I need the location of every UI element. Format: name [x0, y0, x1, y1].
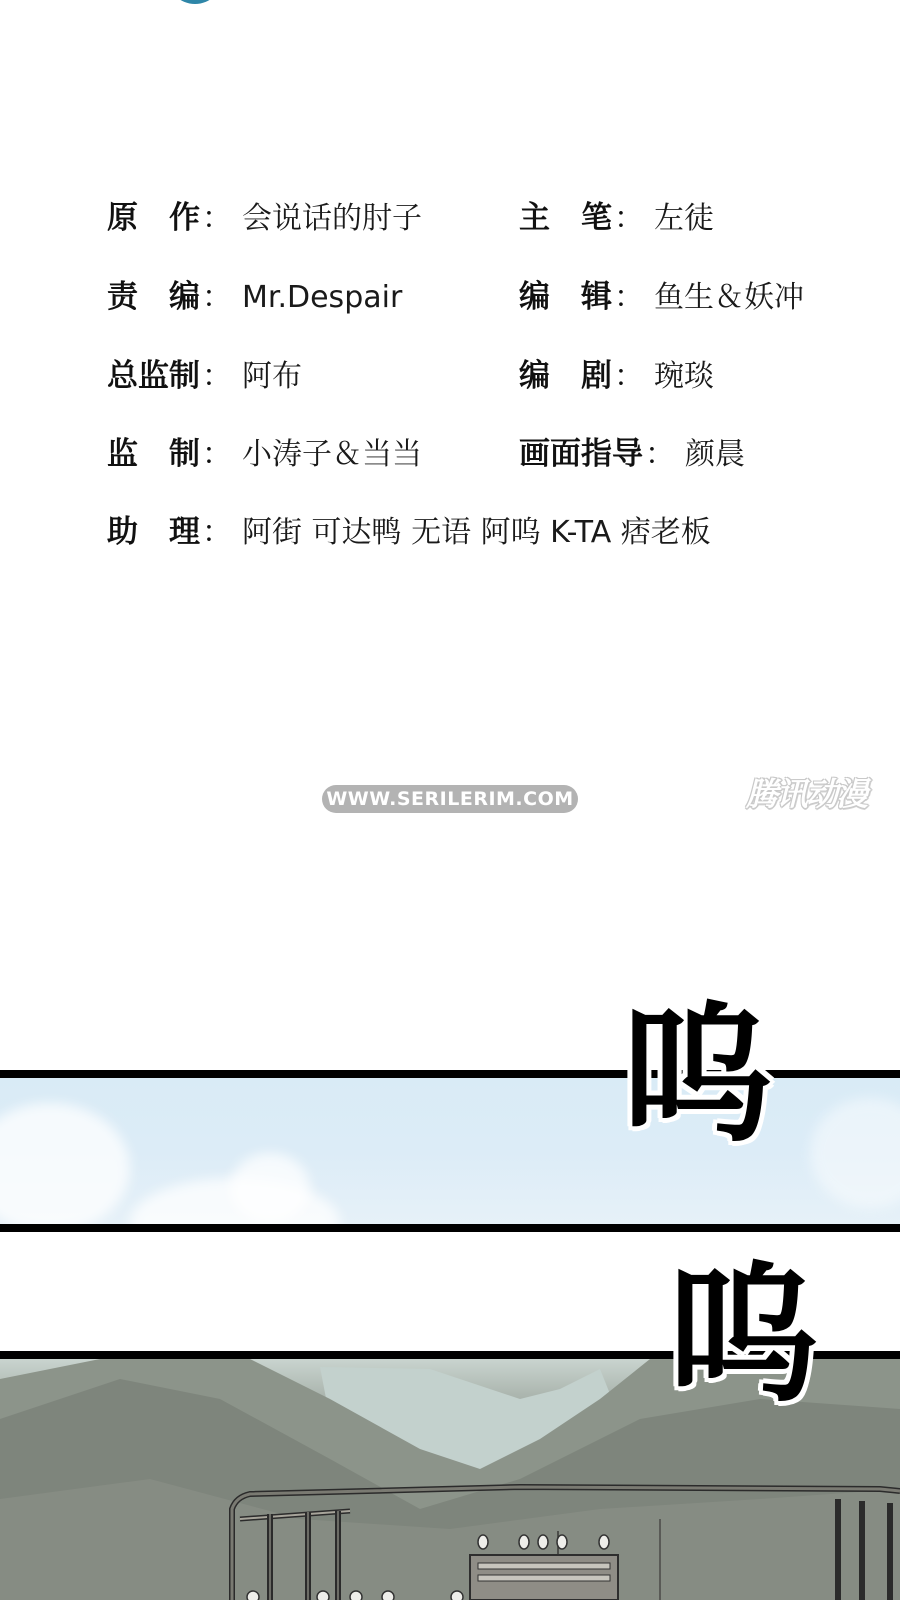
credit-responsible-editor: 责 编 ： Mr.Despair [107, 271, 402, 316]
circle-logo-icon [167, 0, 223, 4]
credit-label: 总监制 [107, 350, 200, 395]
credit-value: 颜晨 [685, 429, 745, 473]
credit-label: 责 编 [107, 271, 200, 316]
cloud [810, 1098, 900, 1208]
credit-value: 琬琰 [654, 351, 714, 395]
credit-original-author: 原 作 ： 会说话的肘子 [107, 192, 422, 237]
credit-colon: ： [614, 272, 644, 316]
credit-value: 左徒 [654, 193, 714, 237]
sound-effect-text: 呜 [668, 1260, 818, 1410]
publisher-watermark: 腾讯动漫 [746, 774, 886, 814]
credit-value: 鱼生＆妖冲 [654, 272, 804, 316]
credit-value: 阿街 可达鸭 无语 阿呜 K-TA 痞老板 [242, 507, 711, 551]
credit-colon: ： [202, 429, 232, 473]
credit-colon: ： [202, 351, 232, 395]
credit-label: 编 剧 [519, 350, 612, 395]
credit-label: 画面指导 [519, 428, 643, 473]
credit-assistants: 助 理 ： 阿街 可达鸭 无语 阿呜 K-TA 痞老板 [107, 506, 711, 551]
credit-editor: 编 辑 ： 鱼生＆妖冲 [519, 271, 804, 316]
credit-label: 主 笔 [519, 192, 612, 237]
credit-supervisor: 监 制 ： 小涛子＆当当 [107, 428, 422, 473]
credit-label: 助 理 [107, 506, 200, 551]
credit-value: 阿布 [242, 351, 302, 395]
credit-art-director: 画面指导 ： 颜晨 [519, 428, 745, 473]
sound-effect-text: 呜 [622, 1000, 772, 1150]
credit-colon: ： [645, 429, 675, 473]
credit-screenwriter: 编 剧 ： 琬琰 [519, 350, 714, 395]
credit-colon: ： [202, 272, 232, 316]
credit-colon: ： [202, 507, 232, 551]
panel-border-middle [0, 1224, 900, 1232]
credit-chief-supervisor: 总监制 ： 阿布 [107, 350, 302, 395]
credit-lead-artist: 主 笔 ： 左徒 [519, 192, 714, 237]
cloud [0, 1103, 130, 1224]
credit-label: 原 作 [107, 192, 200, 237]
credit-label: 监 制 [107, 428, 200, 473]
credit-label: 编 辑 [519, 271, 612, 316]
credit-colon: ： [202, 193, 232, 237]
credit-value: 会说话的肘子 [242, 193, 422, 237]
credit-colon: ： [614, 193, 644, 237]
credit-value: Mr.Despair [242, 280, 402, 315]
credit-value: 小涛子＆当当 [242, 429, 422, 473]
credit-colon: ： [614, 351, 644, 395]
cloud [230, 1153, 310, 1223]
site-watermark: WWW.SERILERIM.COM [322, 785, 578, 813]
